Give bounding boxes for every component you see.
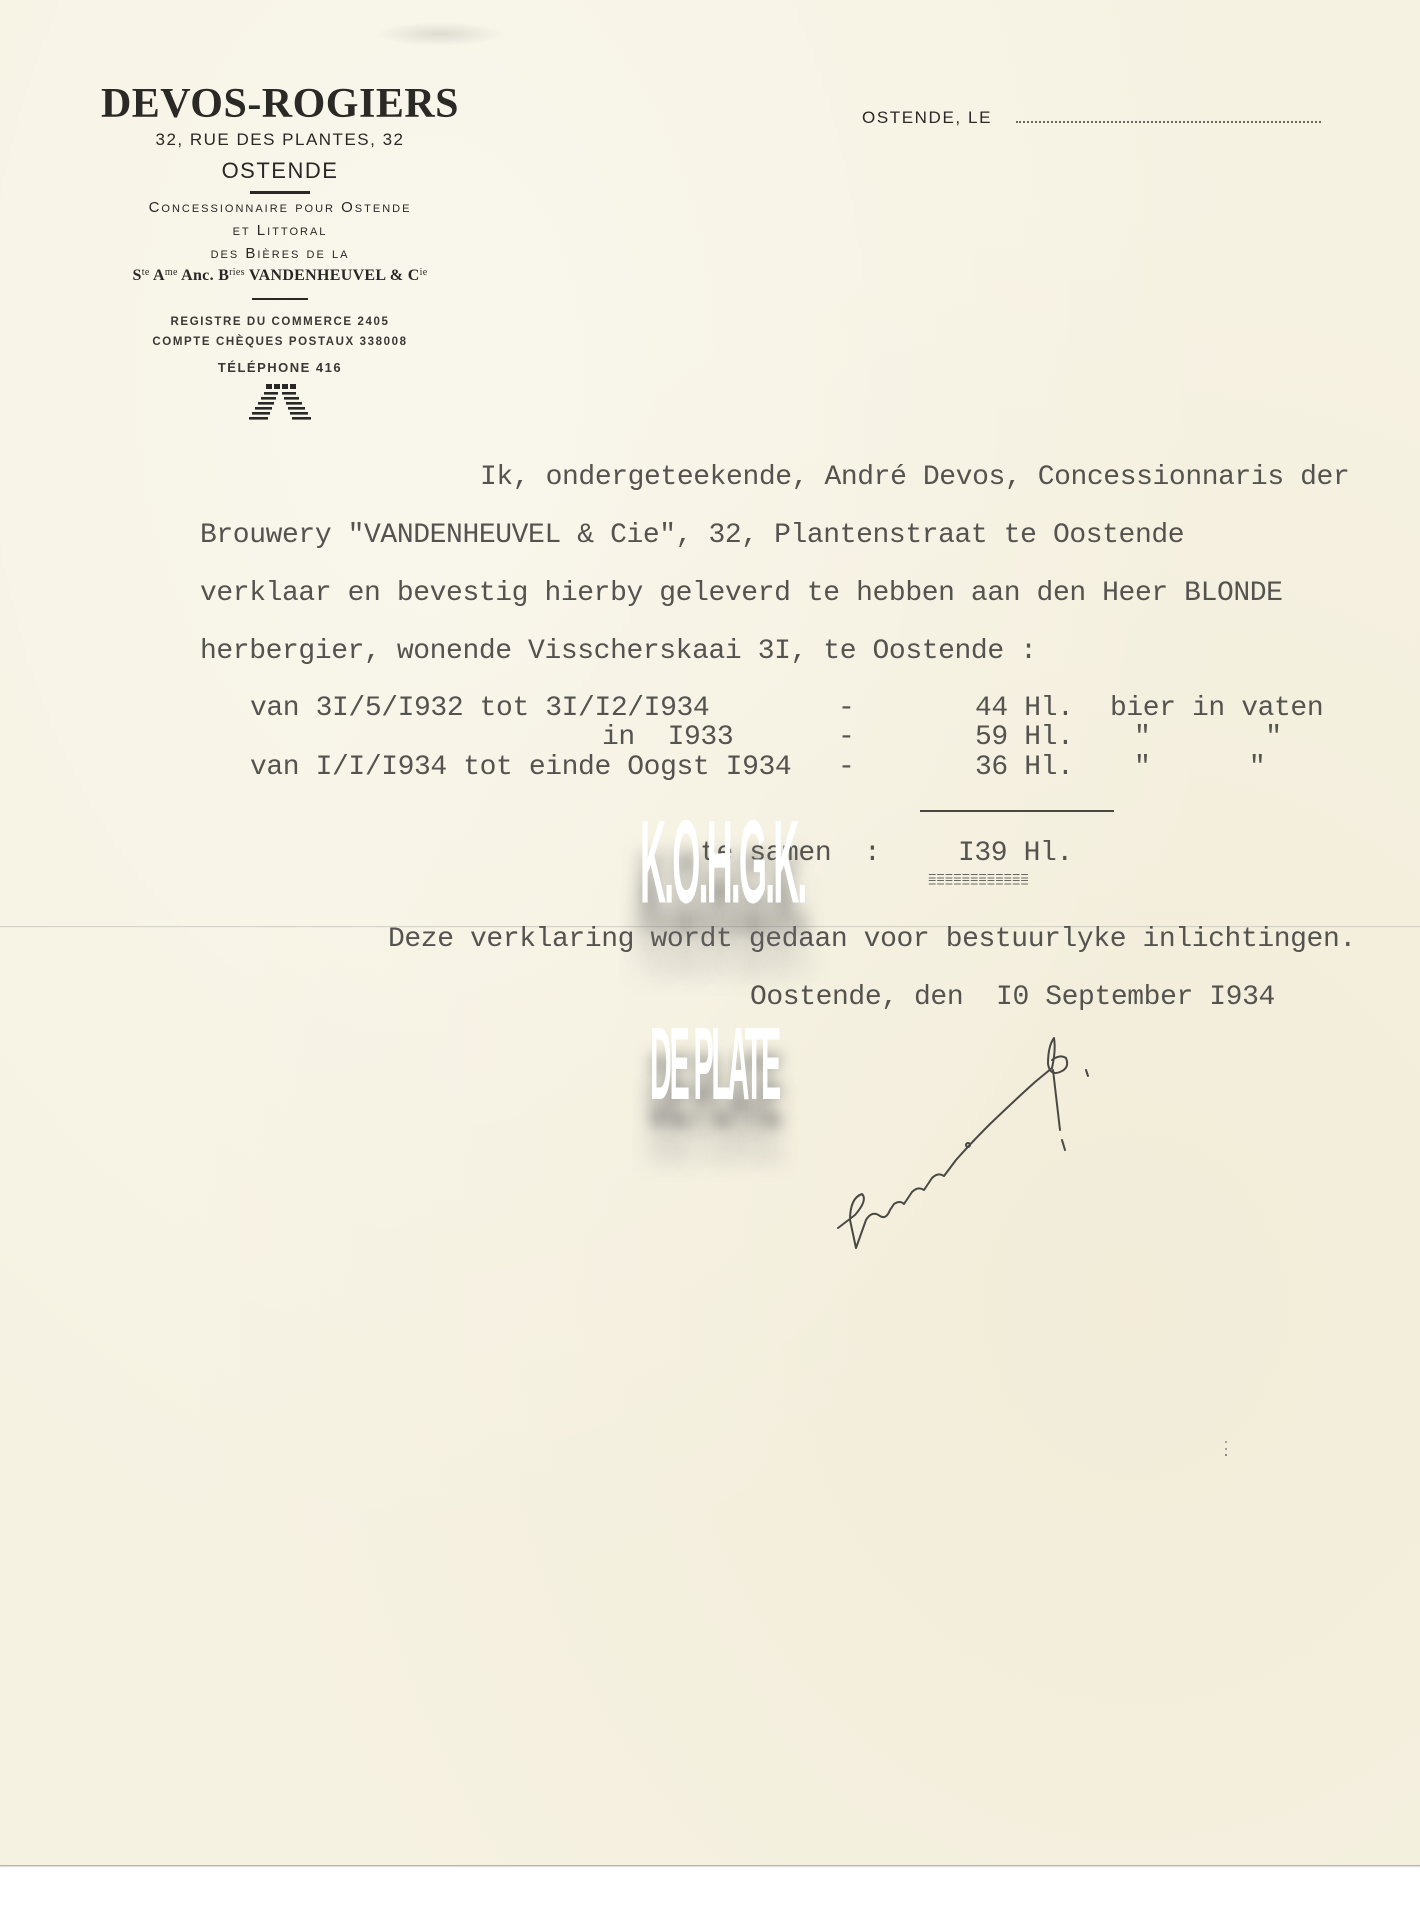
total-value: I39 Hl. <box>958 838 1073 869</box>
watermark-kohgk: K.O.H.G.K. <box>640 800 806 933</box>
letterhead-divider-2 <box>252 298 308 300</box>
body-line-1: Ik, ondergeteekende, André Devos, Conces… <box>480 462 1349 493</box>
commerce-registry: REGISTRE DU COMMERCE 2405 <box>90 316 470 328</box>
sum-rule <box>920 810 1114 812</box>
delivery-row-dash: - <box>838 693 854 724</box>
body-line-2: Brouwery "VANDENHEUVEL & Cie", 32, Plant… <box>200 520 1184 551</box>
concession-line-3: des Bières de la <box>90 245 470 262</box>
date-field-dotted-line <box>1016 121 1321 123</box>
concession-line-1: Concessionnaire pour Ostende <box>90 199 470 216</box>
body-line-4: herbergier, wonende Visscherskaai 3I, te… <box>200 636 1037 667</box>
faded-stamp-mark <box>375 22 505 46</box>
telephone: TÉLÉPHONE 416 <box>90 360 470 375</box>
delivery-row-quantity: 44 Hl. <box>975 693 1073 724</box>
closing-statement: Deze verklaring wordt gedaan voor bestuu… <box>388 924 1356 955</box>
postal-account: COMPTE CHÈQUES POSTAUX 338008 <box>90 336 470 348</box>
company-address: 32, RUE DES PLANTES, 32 <box>90 130 470 150</box>
delivery-row-period: van 3I/5/I932 tot 3I/I2/I934 <box>250 693 709 724</box>
delivery-row-description: bier in vaten <box>1110 693 1323 724</box>
delivery-row-description: " " <box>1134 752 1265 783</box>
letterhead-divider <box>250 191 310 194</box>
delivery-row-period: in I933 <box>602 722 733 753</box>
delivery-row-quantity: 36 Hl. <box>975 752 1073 783</box>
signature-icon <box>820 1020 1100 1270</box>
body-line-3: verklaar en bevestig hierby geleverd te … <box>200 578 1283 609</box>
date-label: OSTENDE, LE <box>862 108 992 128</box>
delivery-row-quantity: 59 Hl. <box>975 722 1073 753</box>
delivery-row-description: " " <box>1134 722 1282 753</box>
brewery-name: Ste Ame Anc. Bries VANDENHEUVEL & Cie <box>90 267 470 285</box>
place-and-date: Oostende, den I0 September I934 <box>750 982 1275 1013</box>
company-city: OSTENDE <box>90 158 470 184</box>
brewery-logo-icon <box>248 384 312 424</box>
company-name: DEVOS-ROGIERS <box>90 80 470 128</box>
margin-dots <box>1224 1440 1228 1458</box>
delivery-row-dash: - <box>838 722 854 753</box>
delivery-row-period: van I/I/I934 tot einde Oogst I934 <box>250 752 791 783</box>
watermark-de-plate: DE PLATE <box>650 1010 779 1126</box>
concession-line-2: et Littoral <box>90 222 470 239</box>
total-double-underline-2: ============ <box>928 876 1029 892</box>
delivery-row-dash: - <box>838 752 854 783</box>
